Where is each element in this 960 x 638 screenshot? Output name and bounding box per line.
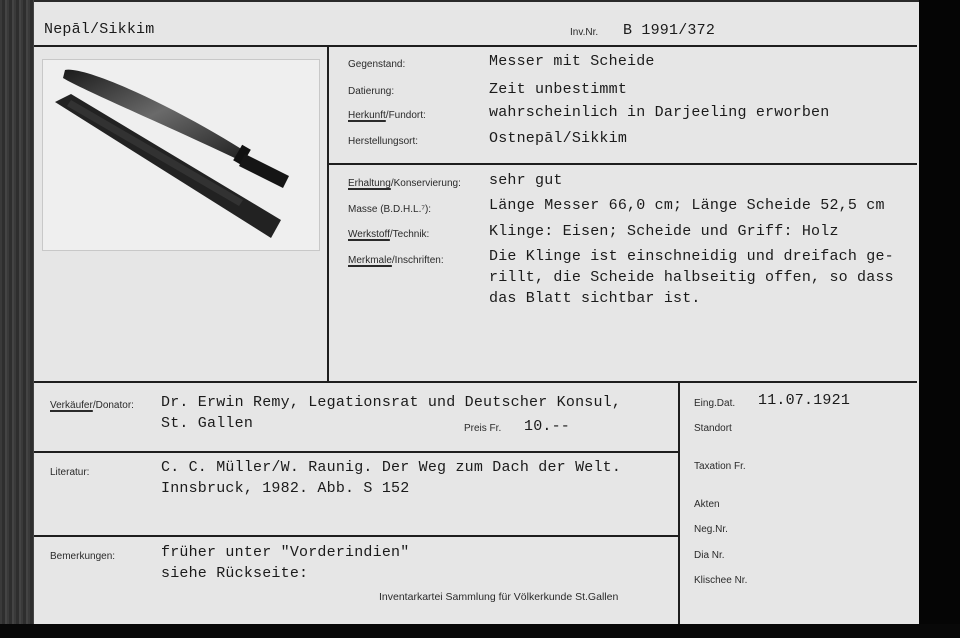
field-value-gegenstand: Messer mit Scheide: [489, 53, 655, 70]
scan-background-right: [919, 0, 960, 638]
field-value-werkstoff: Klinge: Eisen; Scheide und Griff: Holz: [489, 223, 839, 240]
card-footer: Inventarkartei Sammlung für Völkerkunde …: [379, 591, 618, 603]
field-value-datierung: Zeit unbestimmt: [489, 81, 627, 98]
field-label-datierung: Datierung:: [348, 86, 394, 97]
field-value-masse: Länge Messer 66,0 cm; Länge Scheide 52,5…: [489, 197, 885, 214]
field-label-herkunft: Herkunft/Fundort:: [348, 110, 426, 121]
side-column-divider: [678, 382, 680, 624]
literature-divider: [34, 451, 679, 453]
header-divider: [34, 45, 917, 47]
object-details-divider: [328, 163, 917, 165]
lower-section-divider: [34, 381, 917, 383]
price-value: 10.--: [524, 418, 570, 435]
field-label-werkstoff: Werkstoff/Technik:: [348, 229, 429, 240]
side-label-eing-dat: Eing.Dat.: [694, 398, 735, 409]
field-value-erhaltung: sehr gut: [489, 172, 563, 189]
side-label-standort: Standort: [694, 423, 732, 434]
inv-number: B 1991/372: [623, 22, 715, 39]
side-label-dia-nr: Dia Nr.: [694, 550, 725, 561]
field-value-literatur: C. C. Müller/W. Raunig. Der Weg zum Dach…: [161, 457, 621, 499]
scan-background-left: [0, 0, 34, 638]
field-label-erhaltung: Erhaltung/Konservierung:: [348, 178, 461, 189]
remarks-divider: [34, 535, 679, 537]
inventory-card: Nepāl/Sikkim Inv.Nr. B 1991/372: [34, 2, 919, 624]
price-label: Preis Fr.: [464, 423, 501, 434]
field-label-masse: Masse (B.D.H.L.⁷):: [348, 204, 431, 215]
object-photo: [42, 59, 320, 251]
field-value-bemerkungen: früher unter "Vorderindien" siehe Rückse…: [161, 542, 409, 584]
side-value-eing-dat: 11.07.1921: [758, 392, 850, 409]
photo-column-divider: [327, 46, 329, 382]
field-label-literatur: Literatur:: [50, 467, 89, 478]
knife-with-sheath-photo-icon: [43, 60, 319, 250]
side-label-klischee-nr: Klischee Nr.: [694, 575, 747, 586]
field-label-verkaeufer: Verkäufer/Donator:: [50, 400, 134, 411]
region-title: Nepāl/Sikkim: [44, 21, 154, 38]
field-value-merkmale: Die Klinge ist einschneidig und dreifach…: [489, 246, 894, 309]
side-label-akten: Akten: [694, 499, 720, 510]
inv-number-label: Inv.Nr.: [570, 27, 598, 38]
field-label-herstellungsort: Herstellungsort:: [348, 136, 418, 147]
field-label-gegenstand: Gegenstand:: [348, 59, 405, 70]
scan-background-bottom: [0, 624, 960, 638]
side-label-taxation: Taxation Fr.: [694, 461, 746, 472]
side-label-neg-nr: Neg.Nr.: [694, 524, 728, 535]
field-label-merkmale: Merkmale/Inschriften:: [348, 255, 444, 266]
field-label-bemerkungen: Bemerkungen:: [50, 551, 115, 562]
field-value-herkunft: wahrscheinlich in Darjeeling erworben: [489, 104, 829, 121]
field-value-herstellungsort: Ostnepāl/Sikkim: [489, 130, 627, 147]
